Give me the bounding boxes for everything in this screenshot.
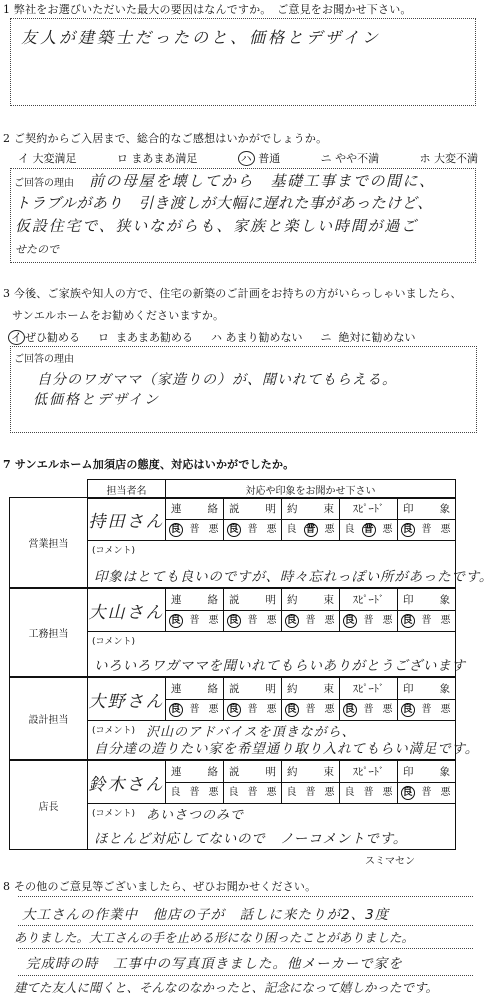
rating-group-4[interactable]: 良普悪 <box>398 520 456 541</box>
rating-good[interactable]: 良 <box>227 786 241 800</box>
rating-good-selected[interactable]: 良 <box>343 614 357 628</box>
category-0: 連絡 <box>166 761 224 783</box>
q3-options: イぜひ勧める ロ まあまあ勧める ハ あまり勧めない ニ 絶対に勧めない <box>8 329 416 345</box>
rating-normal[interactable]: 普 <box>188 523 202 537</box>
q3-option-3[interactable]: ハ あまり勧めない <box>211 329 303 345</box>
rating-bad[interactable]: 悪 <box>207 614 221 628</box>
comment-cell[interactable]: (コメント)あいさつのみでほとんど対応してないので ノーコメントです。 <box>88 804 456 850</box>
rating-good-selected[interactable]: 良 <box>401 786 415 800</box>
rating-bad[interactable]: 悪 <box>323 523 337 537</box>
rating-good-selected[interactable]: 良 <box>285 703 299 717</box>
comment-label: (コメント) <box>92 723 135 736</box>
rating-bad[interactable]: 悪 <box>207 523 221 537</box>
rating-bad[interactable]: 悪 <box>439 703 453 717</box>
q3-option-1-selected[interactable]: イぜひ勧める <box>8 329 80 345</box>
comment-label: (コメント) <box>92 543 135 556</box>
q2-reason-line-3: 仮設住宅で、狭いながらも、家族と楽しい時間が過ご <box>15 215 418 236</box>
q8-dotted-line-4 <box>18 975 473 976</box>
q7-row-manager: 店長鈴木さん連絡説明約束ｽﾋﾟｰﾄﾞ印象良普悪良普悪良普悪良普悪良普悪(コメント… <box>9 760 456 850</box>
q2-reason-box[interactable]: ご回答の理由 前の母屋を壊してから 基礎工事までの間に、 トラブルがあり 引き渡… <box>10 168 476 263</box>
rating-group-1[interactable]: 良普悪 <box>224 520 282 541</box>
comment-label: (コメント) <box>92 806 135 819</box>
q2-option-2[interactable]: ロ まあまあ満足 <box>117 150 198 166</box>
rating-normal[interactable]: 普 <box>246 523 260 537</box>
rating-group-4[interactable]: 良普悪 <box>398 700 456 721</box>
category-0: 連絡 <box>166 678 224 700</box>
rating-good-selected[interactable]: 良 <box>227 703 241 717</box>
rating-group-1[interactable]: 良普悪 <box>224 611 282 632</box>
comment-cell[interactable]: (コメント)印象はとても良いのですが、時々忘れっぽい所があったです。 <box>88 541 456 588</box>
header-name: 担当者名 <box>88 480 166 499</box>
q1-number: 1 <box>3 3 10 16</box>
rating-normal[interactable]: 普 <box>188 786 202 800</box>
rating-normal[interactable]: 普 <box>188 614 202 628</box>
rating-group-1[interactable]: 良普悪 <box>224 783 282 804</box>
comment-text: 自分達の造りたい家を希望通り取り入れてもらい満足です。 <box>94 737 479 757</box>
q1-answer: 友人が建築士だったのと、価格とデザイン <box>21 25 381 48</box>
category-3: ｽﾋﾟｰﾄﾞ <box>340 498 398 520</box>
q3-reason-box[interactable]: ご回答の理由 自分のワガママ（家造りの）が、聞いれてもらえる。 低価格とデザイン <box>10 346 477 433</box>
q2-reason-line-4: せたので <box>15 241 59 257</box>
rating-bad[interactable]: 悪 <box>207 703 221 717</box>
q8-dotted-line-1 <box>18 896 473 897</box>
rating-group-3[interactable]: 良普悪 <box>340 520 398 541</box>
rating-group-2[interactable]: 良普悪 <box>282 783 340 804</box>
rating-normal-selected[interactable]: 普 <box>304 523 318 537</box>
category-0: 連絡 <box>166 589 224 611</box>
rating-group-3[interactable]: 良普悪 <box>340 783 398 804</box>
category-3: ｽﾋﾟｰﾄﾞ <box>340 678 398 700</box>
rating-bad[interactable]: 悪 <box>381 786 395 800</box>
q2-options: イ 大変満足 ロ まあまあ満足 ハ 普通 ニ やや不満 ホ 大変不満 <box>18 150 478 166</box>
staff-name-cell[interactable]: 鈴木さん <box>88 761 166 804</box>
category-1: 説明 <box>224 498 282 520</box>
q2-reason-label: ご回答の理由 <box>14 174 74 189</box>
rating-good[interactable]: 良 <box>343 786 357 800</box>
q8-question-text: その他のご意見等ございましたら、ぜひお聞かせください。 <box>14 880 316 893</box>
rating-normal-selected[interactable]: 普 <box>362 523 376 537</box>
q3-question: 3 今後、ご家族や知人の方で、住宅の新築のご計画をお持ちの方がいらっしゃいました… <box>3 285 462 301</box>
rating-bad[interactable]: 悪 <box>439 786 453 800</box>
q2-option-4[interactable]: ニ やや不満 <box>321 150 380 166</box>
comment-label: (コメント) <box>92 634 135 647</box>
rating-group-0[interactable]: 良普悪 <box>166 783 224 804</box>
rating-normal[interactable]: 普 <box>304 786 318 800</box>
q1-question-text: 弊社をお選びいただいた最大の要因はなんですか。 ご意見をお聞かせ下さい。 <box>14 3 412 16</box>
rating-normal[interactable]: 普 <box>246 614 260 628</box>
rating-group-4[interactable]: 良普悪 <box>398 783 456 804</box>
rating-normal[interactable]: 普 <box>420 786 434 800</box>
role-cell: 営業担当 <box>10 498 88 588</box>
q8-question: 8 その他のご意見等ございましたら、ぜひお聞かせください。 <box>3 878 316 894</box>
q2-reason-line-1: 前の母屋を壊してから 基礎工事までの間に、 <box>89 170 436 191</box>
category-2: 約束 <box>282 498 340 520</box>
staff-name-cell[interactable]: 持田さん <box>88 498 166 541</box>
category-1: 説明 <box>224 678 282 700</box>
q8-line-2: ありました。大工さんの手を止める形になり困ったことがありました。 <box>14 928 414 946</box>
rating-good-selected[interactable]: 良 <box>169 523 183 537</box>
q8-dotted-line-2 <box>18 925 473 926</box>
rating-bad[interactable]: 悪 <box>439 614 453 628</box>
rating-good-selected[interactable]: 良 <box>343 703 357 717</box>
q1-answer-box[interactable]: 友人が建築士だったのと、価格とデザイン <box>10 18 476 106</box>
role-cell: 設計担当 <box>10 678 88 760</box>
q3-reason-line-2: 低価格とデザイン <box>33 389 160 409</box>
rating-normal[interactable]: 普 <box>362 703 376 717</box>
rating-normal[interactable]: 普 <box>420 614 434 628</box>
q3-question-line-2: サンエルホームをお勧めくださいますか。 <box>12 307 224 323</box>
selected-circle: イ <box>8 330 25 345</box>
rating-normal[interactable]: 普 <box>420 523 434 537</box>
rating-normal[interactable]: 普 <box>246 703 260 717</box>
rating-good[interactable]: 良 <box>285 786 299 800</box>
rating-good[interactable]: 良 <box>285 523 299 537</box>
q3-question-line-1: 今後、ご家族や知人の方で、住宅の新築のご計画をお持ちの方がいらっしゃいましたら、 <box>14 287 462 300</box>
rating-group-2[interactable]: 良普悪 <box>282 611 340 632</box>
q8-line-3: 完成時の時 工事中の写真頂きました。他メーカーで家を <box>26 952 403 972</box>
q2-number: 2 <box>3 132 10 145</box>
rating-good-selected[interactable]: 良 <box>401 703 415 717</box>
q7-row-sales: 営業担当持田さん連絡説明約束ｽﾋﾟｰﾄﾞ印象良普悪良普悪良普悪良普悪良普悪(コメ… <box>9 497 456 588</box>
q7-row-design: 設計担当大野さん連絡説明約束ｽﾋﾟｰﾄﾞ印象良普悪良普悪良普悪良普悪良普悪(コメ… <box>9 677 456 760</box>
rating-normal[interactable]: 普 <box>362 786 376 800</box>
category-2: 約束 <box>282 678 340 700</box>
rating-bad[interactable]: 悪 <box>439 523 453 537</box>
staff-name-cell[interactable]: 大山さん <box>88 589 166 632</box>
rating-bad[interactable]: 悪 <box>381 523 395 537</box>
rating-bad[interactable]: 悪 <box>323 786 337 800</box>
rating-bad[interactable]: 悪 <box>265 786 279 800</box>
q2-option-3-selected[interactable]: ハ 普通 <box>238 150 281 166</box>
rating-group-0[interactable]: 良普悪 <box>166 700 224 721</box>
rating-bad[interactable]: 悪 <box>265 703 279 717</box>
rating-group-3[interactable]: 良普悪 <box>340 611 398 632</box>
rating-bad[interactable]: 悪 <box>207 786 221 800</box>
rating-good-selected[interactable]: 良 <box>227 523 241 537</box>
q8-line-4: 建てた友人に聞くと、そんなのなかったと、記念になって嬉しかったです。 <box>14 978 438 996</box>
q8-line-1: 大工さんの作業中 他店の子が 話しに来たりが2、3度 <box>22 903 389 923</box>
category-0: 連絡 <box>166 498 224 520</box>
q2-option-1[interactable]: イ 大変満足 <box>18 150 77 166</box>
q2-reason-line-2: トラブルがあり 引き渡しが大幅に遅れた事があったけど、 <box>15 192 433 213</box>
rating-group-2[interactable]: 良普悪 <box>282 700 340 721</box>
rating-good-selected[interactable]: 良 <box>227 614 241 628</box>
rating-good-selected[interactable]: 良 <box>401 614 415 628</box>
category-4: 印象 <box>398 589 456 611</box>
category-4: 印象 <box>398 761 456 783</box>
category-1: 説明 <box>224 589 282 611</box>
comment-text: 印象はとても良いのですが、時々忘れっぽい所があったです。 <box>94 565 493 585</box>
q7-table-header: 担当者名 対応や印象をお聞かせ下さい <box>87 479 456 499</box>
q8-number: 8 <box>3 880 10 893</box>
q3-number: 3 <box>3 287 10 300</box>
category-4: 印象 <box>398 498 456 520</box>
rating-bad[interactable]: 悪 <box>381 614 395 628</box>
rating-normal[interactable]: 普 <box>246 786 260 800</box>
category-3: ｽﾋﾟｰﾄﾞ <box>340 761 398 783</box>
rating-good-selected[interactable]: 良 <box>285 614 299 628</box>
selected-circle: ハ <box>238 151 255 166</box>
q7-question: 7 サンエルホーム加須店の態度、対応はいかがでしたか。 <box>3 456 294 472</box>
rating-group-0[interactable]: 良普悪 <box>166 611 224 632</box>
q2-question-text: ご契約からご入居まで、総合的なご感想はいかがでしょうか。 <box>14 132 327 145</box>
rating-good[interactable]: 良 <box>343 523 357 537</box>
rating-group-0[interactable]: 良普悪 <box>166 520 224 541</box>
q7-number: 7 <box>3 458 11 471</box>
rating-bad[interactable]: 悪 <box>265 523 279 537</box>
rating-normal[interactable]: 普 <box>188 703 202 717</box>
rating-normal[interactable]: 普 <box>304 614 318 628</box>
category-2: 約束 <box>282 589 340 611</box>
role-cell: 工務担当 <box>10 589 88 677</box>
rating-bad[interactable]: 悪 <box>381 703 395 717</box>
rating-bad[interactable]: 悪 <box>323 703 337 717</box>
q3-reason-label: ご回答の理由 <box>14 350 74 365</box>
category-4: 印象 <box>398 678 456 700</box>
q7-row-construction: 工務担当大山さん連絡説明約束ｽﾋﾟｰﾄﾞ印象良普悪良普悪良普悪良普悪良普悪(コメ… <box>9 588 456 677</box>
category-3: ｽﾋﾟｰﾄﾞ <box>340 589 398 611</box>
rating-good-selected[interactable]: 良 <box>169 614 183 628</box>
q2-option-5[interactable]: ホ 大変不満 <box>420 150 479 166</box>
rating-normal[interactable]: 普 <box>420 703 434 717</box>
comment-line-1: あいさつのみで <box>146 804 244 823</box>
header-impression: 対応や印象をお聞かせ下さい <box>166 480 456 499</box>
q8-dotted-line-3 <box>18 948 473 949</box>
q3-reason-line-1: 自分のワガママ（家造りの）が、聞いれてもらえる。 <box>37 369 397 389</box>
rating-normal[interactable]: 普 <box>304 703 318 717</box>
q1-question: 1 弊社をお選びいただいた最大の要因はなんですか。 ご意見をお聞かせ下さい。 <box>3 1 412 17</box>
comment-cell[interactable]: (コメント)沢山のアドバイスを頂きながら、自分達の造りたい家を希望通り取り入れて… <box>88 721 456 760</box>
rating-good-selected[interactable]: 良 <box>401 523 415 537</box>
rating-bad[interactable]: 悪 <box>265 614 279 628</box>
rating-bad[interactable]: 悪 <box>323 614 337 628</box>
q7-question-text: サンエルホーム加須店の態度、対応はいかがでしたか。 <box>15 458 294 471</box>
role-cell: 店長 <box>10 761 88 850</box>
category-2: 約束 <box>282 761 340 783</box>
rating-group-4[interactable]: 良普悪 <box>398 611 456 632</box>
comment-text: いろいろワガママを聞いれてもらいありがとうございます <box>94 654 466 674</box>
rating-good[interactable]: 良 <box>169 786 183 800</box>
rating-good-selected[interactable]: 良 <box>169 703 183 717</box>
q3-option-2[interactable]: ロ まあまあ勧める <box>98 329 193 345</box>
q2-question: 2 ご契約からご入居まで、総合的なご感想はいかがでしょうか。 <box>3 130 327 146</box>
comment-cell[interactable]: (コメント)いろいろワガママを聞いれてもらいありがとうございます <box>88 632 456 677</box>
q7-footnote: スミマセン <box>365 852 415 867</box>
staff-name-cell[interactable]: 大野さん <box>88 678 166 721</box>
rating-group-2[interactable]: 良普悪 <box>282 520 340 541</box>
rating-group-3[interactable]: 良普悪 <box>340 700 398 721</box>
rating-normal[interactable]: 普 <box>362 614 376 628</box>
rating-group-1[interactable]: 良普悪 <box>224 700 282 721</box>
category-1: 説明 <box>224 761 282 783</box>
q3-option-4[interactable]: ニ 絶対に勧めない <box>321 329 416 345</box>
comment-text: ほとんど対応してないので ノーコメントです。 <box>94 827 407 847</box>
